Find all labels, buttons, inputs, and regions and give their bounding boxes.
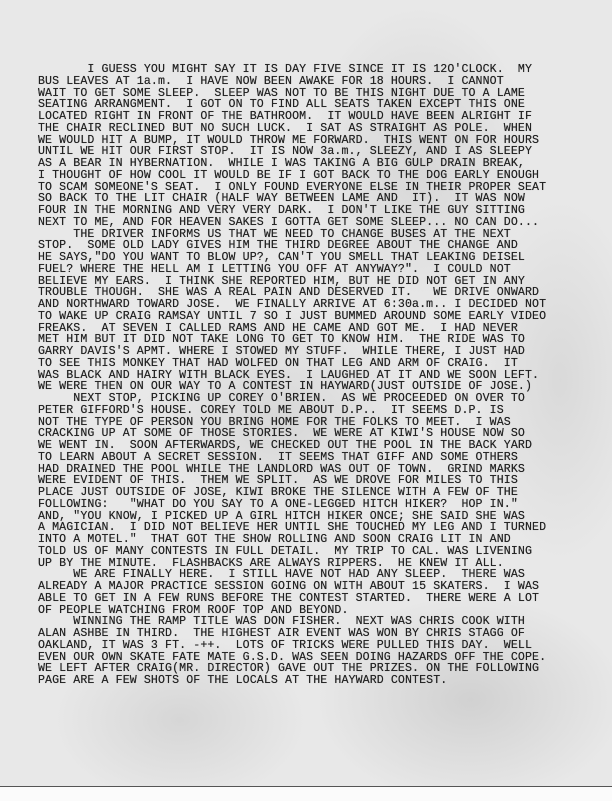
text-line: AS A BEAR IN HYBERNATION. WHILE I WAS TA… <box>38 158 598 170</box>
text-line: I THOUGHT OF HOW COOL IT WOULD BE IF I G… <box>38 170 598 182</box>
typewritten-page: I GUESS YOU MIGHT SAY IT IS DAY FIVE SIN… <box>0 0 612 787</box>
text-line: NEXT STOP, PICKING UP COREY O'BRIEN. AS … <box>38 393 598 405</box>
text-line: THE CHAIR RECLINED BUT NO SUCH LUCK. I S… <box>38 123 598 135</box>
text-line: ALREADY A MAJOR PRACTICE SESSION GOING O… <box>38 581 598 593</box>
text-line: BUS LEAVES AT 1a.m. I HAVE NOW BEEN AWAK… <box>38 76 598 88</box>
page-body-text: I GUESS YOU MIGHT SAY IT IS DAY FIVE SIN… <box>38 64 598 687</box>
text-line: INTO A MOTEL." THAT GOT THE SHOW ROLLING… <box>38 534 598 546</box>
text-line: HE SAYS,"DO YOU WANT TO BLOW UP?, CAN'T … <box>38 252 598 264</box>
text-line: TO SEE THIS MONKEY THAT HAD WOLFED ON TH… <box>38 358 598 370</box>
text-line: OAKLAND, IT WAS 3 FT. -++. LOTS OF TRICK… <box>38 640 598 652</box>
text-line: AND NORTHWARD TOWARD JOSE. WE FINALLY AR… <box>38 299 598 311</box>
scan-bottom-margin <box>0 787 612 801</box>
text-line: FOLLOWING: "WHAT DO YOU SAY TO A ONE-LEG… <box>38 499 598 511</box>
text-line: ALAN ASHBE IN THIRD. THE HIGHEST AIR EVE… <box>38 628 598 640</box>
text-line: TO WAKE UP CRAIG RAMSAY UNTIL 7 SO I JUS… <box>38 311 598 323</box>
text-line: PAGE ARE A FEW SHOTS OF THE LOCALS AT TH… <box>38 675 598 687</box>
text-line: PLACE JUST OUTSIDE OF JOSE, KIWI BROKE T… <box>38 487 598 499</box>
text-line: I GUESS YOU MIGHT SAY IT IS DAY FIVE SIN… <box>38 64 598 76</box>
text-line: FUEL? WHERE THE HELL AM I LETTING YOU OF… <box>38 264 598 276</box>
text-line: PETER GIFFORD'S HOUSE. COREY TOLD ME ABO… <box>38 405 598 417</box>
text-line: FOUR IN THE MORNING AND VERY VERY DARK. … <box>38 205 598 217</box>
text-line: TOLD US OF MANY CONTESTS IN FULL DETAIL.… <box>38 546 598 558</box>
text-line: ABLE TO GET IN A FEW RUNS BEFORE THE CON… <box>38 593 598 605</box>
text-line: LOCATED RIGHT IN FRONT OF THE BATHROOM. … <box>38 111 598 123</box>
text-line: WE WENT IN. SOON AFTERWARDS, WE CHECKED … <box>38 440 598 452</box>
text-line: GARRY DAVIS'S APMT. WHERE I STOWED MY ST… <box>38 346 598 358</box>
text-line: NEXT TO ME, AND FOR HEAVEN SAKES I GOTTA… <box>38 217 598 229</box>
text-line: TO LEARN ABOUT A SECRET SESSION. IT SEEM… <box>38 452 598 464</box>
